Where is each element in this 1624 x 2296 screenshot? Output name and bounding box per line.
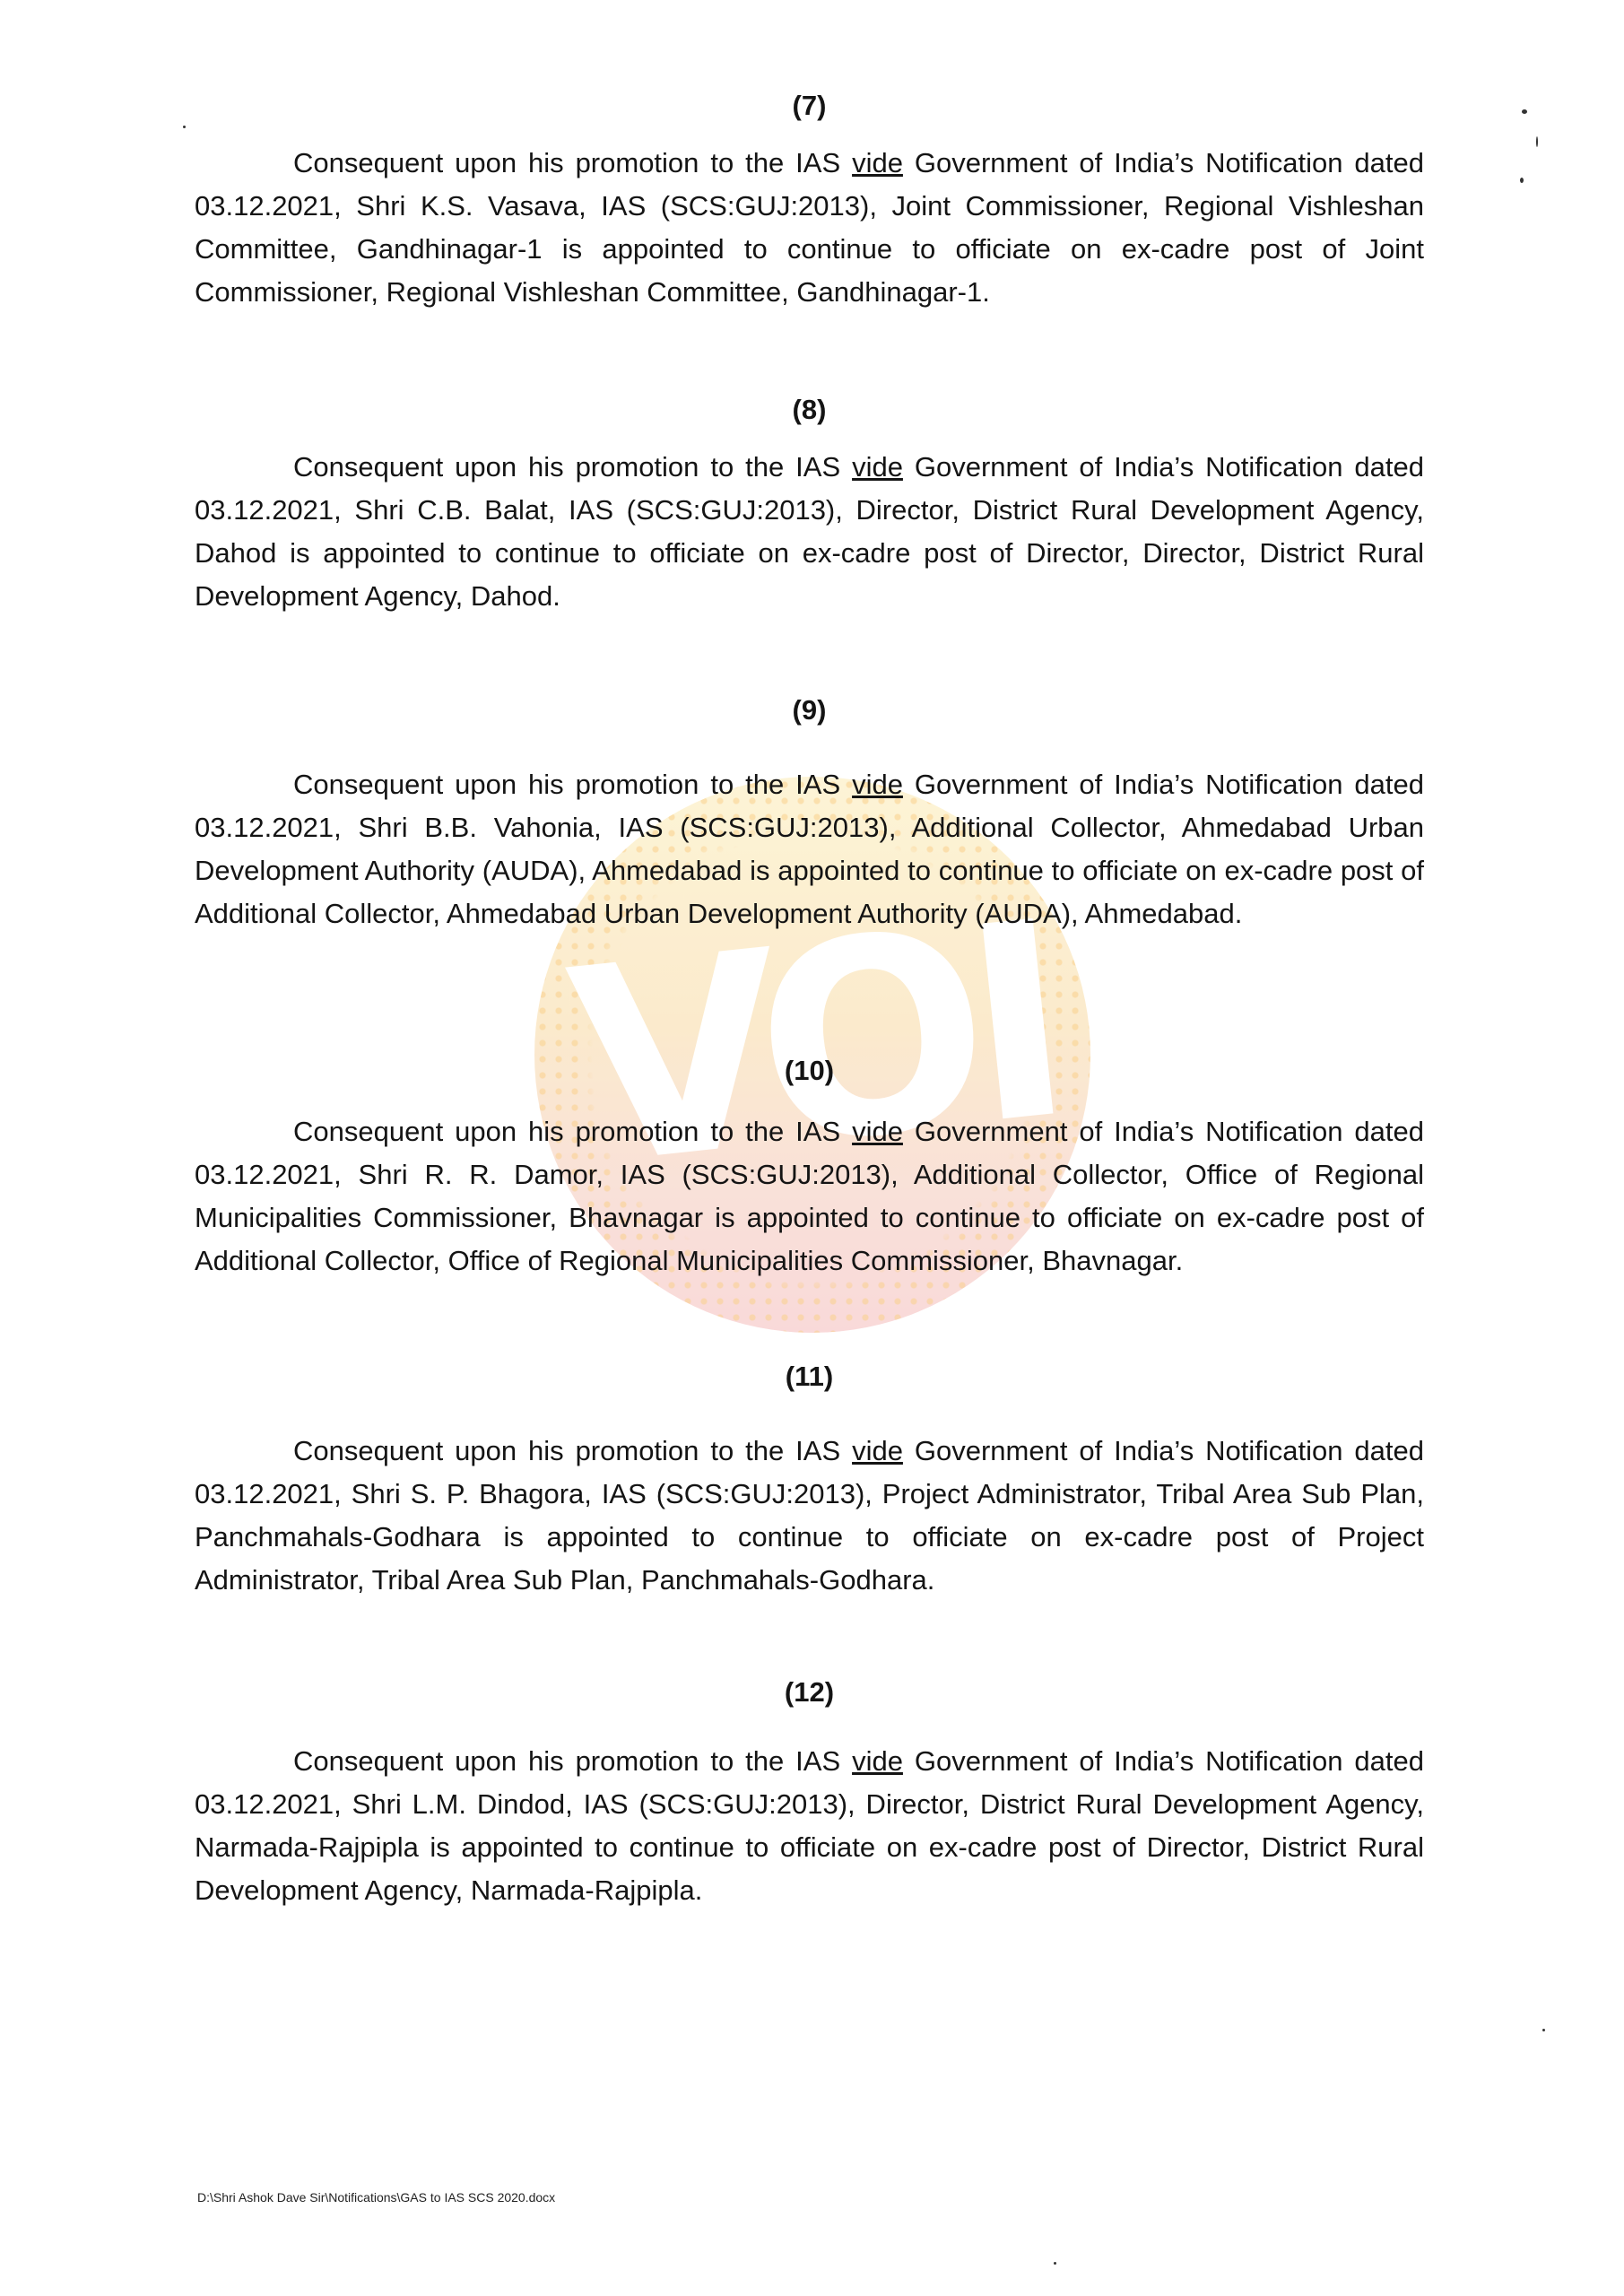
paragraph-number-8: (8): [195, 392, 1424, 428]
vide-underlined: vide: [852, 1745, 903, 1777]
scan-speck: [1520, 178, 1524, 183]
paragraph-12: Consequent upon his promotion to the IAS…: [195, 1740, 1424, 1912]
vide-underlined: vide: [852, 451, 903, 483]
paragraph-9: Consequent upon his promotion to the IAS…: [195, 763, 1424, 935]
vide-underlined: vide: [852, 1435, 903, 1466]
scan-speck: [183, 126, 186, 128]
paragraph-number-11: (11): [195, 1359, 1424, 1395]
vide-underlined: vide: [852, 147, 903, 178]
paragraph-8: Consequent upon his promotion to the IAS…: [195, 446, 1424, 618]
file-path-footer: D:\Shri Ashok Dave Sir\Notifications\GAS…: [197, 2190, 555, 2205]
scan-speck: [1522, 109, 1527, 114]
paragraph-number-7: (7): [195, 88, 1424, 124]
vide-underlined: vide: [852, 1116, 903, 1147]
paragraph-11: Consequent upon his promotion to the IAS…: [195, 1430, 1424, 1602]
paragraph-number-12: (12): [195, 1674, 1424, 1710]
scan-speck: [1054, 2262, 1056, 2265]
paragraph-number-10: (10): [195, 1053, 1424, 1089]
paragraph-7: Consequent upon his promotion to the IAS…: [195, 142, 1424, 314]
paragraph-10: Consequent upon his promotion to the IAS…: [195, 1110, 1424, 1283]
scan-speck: [1542, 2029, 1545, 2031]
paragraph-number-9: (9): [195, 692, 1424, 728]
scan-speck: [1536, 136, 1538, 147]
vide-underlined: vide: [852, 769, 903, 800]
